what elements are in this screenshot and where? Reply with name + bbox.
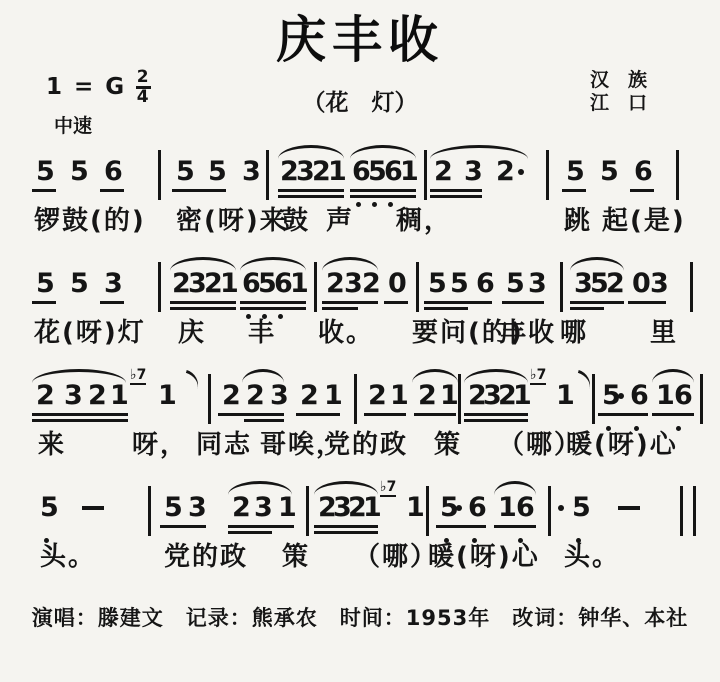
augmentation-dot <box>456 505 462 511</box>
note-digit: 5 <box>70 158 89 185</box>
beam-underline <box>322 301 378 304</box>
half-note-dash <box>618 506 640 510</box>
note-digit: 3 <box>528 270 547 297</box>
barline <box>676 150 679 200</box>
lyric-chunk: 暖(呀)心 <box>566 430 678 460</box>
note-digit: 1 <box>363 494 382 521</box>
note-digit: 3 <box>344 270 363 297</box>
note-digit: 1 <box>400 158 419 185</box>
slur-arc <box>240 257 306 271</box>
note-digit: 1 <box>556 382 575 409</box>
note-digit: 5 <box>428 270 447 297</box>
beam-underline <box>630 189 654 192</box>
note-digit: 3 <box>270 382 289 409</box>
note-digit: 3 <box>650 270 669 297</box>
lyric-chunk: 来 <box>38 430 66 460</box>
barline <box>416 262 419 312</box>
lyric-chunk: 头。 <box>564 542 620 572</box>
beam-underline <box>430 189 482 192</box>
beam-underline <box>170 301 236 304</box>
barline <box>700 374 703 424</box>
note-digit: 2 <box>88 382 107 409</box>
note-digit: 5 <box>36 158 55 185</box>
lyric-chunk: 党的政 <box>164 542 248 572</box>
lyric-chunk: 策 <box>282 542 310 572</box>
beam-underline <box>652 413 694 416</box>
note-digit: 3 <box>464 158 483 185</box>
beam-underline <box>100 189 124 192</box>
lyric-chunk: 暖(呀)心 <box>428 542 540 572</box>
beam-underline <box>296 413 340 416</box>
note-digit: 2 <box>246 382 265 409</box>
note-digit: 5 <box>600 158 619 185</box>
beam-underline <box>218 413 284 416</box>
barline <box>424 150 427 200</box>
slur-arc <box>228 481 292 495</box>
note-digit: 6 <box>516 494 535 521</box>
note-digit: 2 <box>606 270 625 297</box>
note-digit: 5 <box>40 494 59 521</box>
beam-underline <box>424 307 468 310</box>
octave-dot <box>388 202 393 207</box>
slur-arc <box>350 145 416 159</box>
note-digit: 2 <box>418 382 437 409</box>
note-digit: 6 <box>104 158 123 185</box>
slur-arc <box>170 257 236 271</box>
slur-arc <box>430 145 528 159</box>
beam-underline <box>244 419 284 422</box>
lyric-chunk: 起(是) <box>602 206 686 236</box>
beam-underline <box>598 413 648 416</box>
note-digit: 5 <box>164 494 183 521</box>
barline <box>426 486 429 536</box>
slur-arc <box>322 257 378 271</box>
augmentation-dot <box>518 169 524 175</box>
lyric-chunk: 密(呀)来 <box>176 206 288 236</box>
note-digit: 5 <box>566 158 585 185</box>
beam-underline <box>384 301 408 304</box>
beam-underline <box>32 413 128 416</box>
note-digit: 2 <box>326 270 345 297</box>
lyric-chunk: 丰 <box>248 318 276 348</box>
beam-underline <box>170 307 236 310</box>
credits-line: 演唱：滕建文 记录：熊承农 时间：1953年 改词：钟华、本社 <box>0 602 720 632</box>
slur-arc <box>242 369 284 383</box>
beam-underline <box>160 525 206 528</box>
barline <box>548 486 551 536</box>
note-digit: 6 <box>468 494 487 521</box>
barline <box>314 262 317 312</box>
slur-arc <box>314 481 378 495</box>
slur-arc <box>278 145 344 159</box>
lyric-chunk: （哪） <box>354 542 438 572</box>
note-digit: 0 <box>632 270 651 297</box>
beam-underline <box>350 189 416 192</box>
lyric-chunk: 声 <box>326 206 354 236</box>
beam-underline <box>502 301 544 304</box>
barline <box>354 374 357 424</box>
slur-arc <box>464 369 528 383</box>
note-digit: 2 <box>222 382 241 409</box>
beam-underline <box>228 531 272 534</box>
lyric-chunk: 花(呀)灯 <box>34 318 146 348</box>
octave-dot <box>278 314 283 319</box>
note-digit: 5 <box>176 158 195 185</box>
barline <box>560 262 563 312</box>
barline <box>266 150 269 200</box>
grace-note: ♭7 <box>380 480 396 497</box>
barline <box>148 486 151 536</box>
note-digit: 1 <box>278 494 297 521</box>
note-digit: 2 <box>362 270 381 297</box>
barline <box>592 374 595 424</box>
note-digit: 1 <box>498 494 517 521</box>
note-digit: 2 <box>368 382 387 409</box>
slur-arc <box>570 257 624 271</box>
note-digit: 5 <box>208 158 227 185</box>
lyric-chunk: 稠， <box>396 206 452 236</box>
note-digit: 0 <box>388 270 407 297</box>
grace-note: ♭7 <box>530 368 546 385</box>
note-digit: 1 <box>513 382 532 409</box>
slur-arc <box>652 369 694 383</box>
barline <box>158 150 161 200</box>
note-digit: 2 <box>496 158 515 185</box>
lyric-chunk: 锣鼓(的) <box>34 206 146 236</box>
slur-arc <box>494 481 536 495</box>
note-digit: 2 <box>36 382 55 409</box>
beam-underline <box>436 525 486 528</box>
beam-underline <box>350 195 416 198</box>
note-digit: 3 <box>254 494 273 521</box>
note-digit: 2 <box>232 494 251 521</box>
lyric-chunk: 策 <box>434 430 462 460</box>
barline <box>690 262 693 312</box>
lyric-chunk: 同志 <box>196 430 252 460</box>
barline <box>158 262 161 312</box>
beam-underline <box>570 301 624 304</box>
beam-underline <box>240 301 306 304</box>
beam-underline <box>494 525 536 528</box>
note-digit: 1 <box>656 382 675 409</box>
beam-underline <box>430 195 482 198</box>
beam-underline <box>628 301 666 304</box>
beam-underline <box>414 413 456 416</box>
octave-dot <box>356 202 361 207</box>
lyric-chunk: 哪 <box>560 318 588 348</box>
note-digit: 5 <box>506 270 525 297</box>
beam-underline <box>278 195 344 198</box>
sheet-music-page: 庆丰收 1 = G 2 4 （花 灯） 汉 族 江 口 中速 556553232… <box>0 0 720 682</box>
note-digit: 1 <box>406 494 425 521</box>
note-digit: 1 <box>390 382 409 409</box>
note-digit: 3 <box>64 382 83 409</box>
beam-underline <box>278 189 344 192</box>
barline <box>546 150 549 200</box>
beam-underline <box>172 189 226 192</box>
note-digit: 3 <box>242 158 261 185</box>
note-digit: 6 <box>630 382 649 409</box>
beam-underline <box>322 307 358 310</box>
lyric-chunk: 党的政 <box>324 430 408 460</box>
augmentation-dot <box>618 393 624 399</box>
note-digit: 3 <box>104 270 123 297</box>
half-note-dash <box>82 506 104 510</box>
beam-underline <box>562 189 586 192</box>
beam-underline <box>32 189 56 192</box>
beam-underline <box>464 419 528 422</box>
note-digit: 1 <box>290 270 309 297</box>
beam-underline <box>228 525 294 528</box>
lyric-chunk: 跳 <box>564 206 592 236</box>
lyric-chunk: 呀， <box>132 430 188 460</box>
fall-hook <box>574 370 594 389</box>
note-digit: 5 <box>450 270 469 297</box>
lyric-chunk: 庆 <box>178 318 206 348</box>
barline <box>458 374 461 424</box>
note-digit: 1 <box>220 270 239 297</box>
note-digit: 1 <box>328 158 347 185</box>
note-digit: 5 <box>36 270 55 297</box>
lyric-chunk: 鼓 <box>282 206 310 236</box>
beam-underline <box>314 531 378 534</box>
augmentation-dot <box>558 505 564 511</box>
note-digit: 2 <box>300 382 319 409</box>
lyric-chunk: 收。 <box>318 318 374 348</box>
beam-underline <box>32 419 128 422</box>
note-digit: 6 <box>634 158 653 185</box>
note-digit: 5 <box>572 494 591 521</box>
barline <box>306 486 309 536</box>
note-digit: 1 <box>440 382 459 409</box>
beam-underline <box>464 413 528 416</box>
score: 55655323216561232556锣鼓(的)密(呀)来鼓声稠，跳起(是)5… <box>0 0 720 600</box>
fall-hook <box>182 370 202 389</box>
note-digit: 1 <box>110 382 129 409</box>
note-digit: 1 <box>158 382 177 409</box>
note-digit: 3 <box>188 494 207 521</box>
beam-underline <box>424 301 492 304</box>
lyric-chunk: 丰收 <box>500 318 556 348</box>
note-digit: 2 <box>434 158 453 185</box>
barline <box>208 374 211 424</box>
note-digit: 6 <box>674 382 693 409</box>
note-digit: 1 <box>324 382 343 409</box>
grace-note: ♭7 <box>130 368 146 385</box>
note-digit: 5 <box>70 270 89 297</box>
lyric-chunk: 头。 <box>40 542 96 572</box>
octave-dot <box>372 202 377 207</box>
beam-underline <box>32 301 56 304</box>
slur-arc <box>412 369 458 383</box>
beam-underline <box>314 525 378 528</box>
slur-arc <box>32 369 126 383</box>
lyric-chunk: 里 <box>650 318 678 348</box>
note-digit: 6 <box>476 270 495 297</box>
beam-underline <box>570 307 604 310</box>
final-barline <box>680 486 696 536</box>
beam-underline <box>100 301 124 304</box>
beam-underline <box>240 307 306 310</box>
beam-underline <box>364 413 406 416</box>
